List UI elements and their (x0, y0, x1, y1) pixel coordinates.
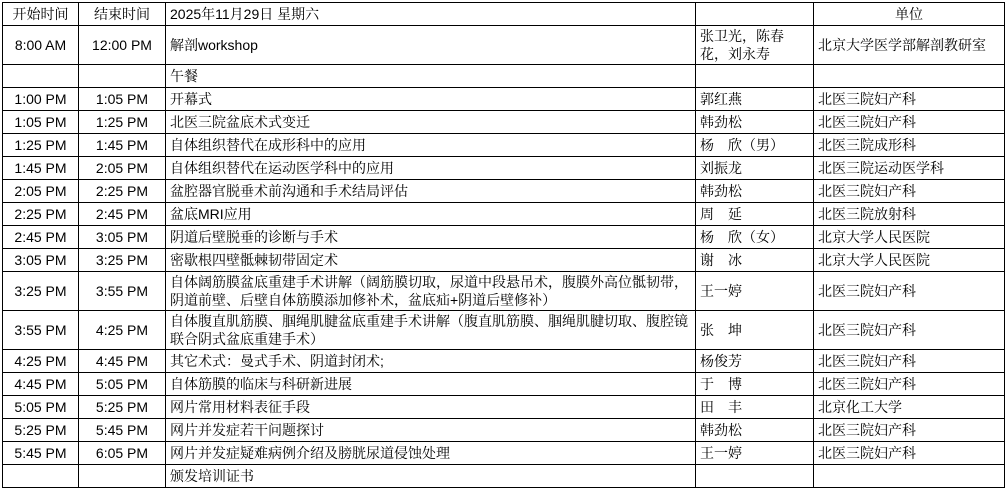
cell-start-time: 5:25 PM (3, 419, 79, 442)
header-row: 开始时间 结束时间 2025年11月29日 星期六 单位 (3, 3, 1005, 26)
cell-unit: 北医三院成形科 (814, 134, 1005, 157)
table-row: 1:00 PM1:05 PM开幕式郭红燕北医三院妇产科 (3, 88, 1005, 111)
cell-start-time (3, 465, 79, 488)
table-row: 3:25 PM3:55 PM自体阔筋膜盆底重建手术讲解（阔筋膜切取，尿道中段悬吊… (3, 272, 1005, 311)
cell-end-time: 3:25 PM (79, 249, 166, 272)
cell-unit: 北京大学医学部解剖教研室 (814, 26, 1005, 65)
cell-start-time: 2:25 PM (3, 203, 79, 226)
cell-speaker: 杨 欣（女） (696, 226, 814, 249)
cell-start-time (3, 65, 79, 88)
cell-speaker: 韩劲松 (696, 419, 814, 442)
table-row: 午餐 (3, 65, 1005, 88)
cell-end-time: 2:45 PM (79, 203, 166, 226)
cell-unit: 北医三院妇产科 (814, 180, 1005, 203)
table-row: 4:25 PM4:45 PM其它术式：曼式手术、阴道封闭术;杨俊芳北医三院妇产科 (3, 350, 1005, 373)
cell-start-time: 5:05 PM (3, 396, 79, 419)
table-row: 1:45 PM2:05 PM自体组织替代在运动医学科中的应用刘振龙北医三院运动医… (3, 157, 1005, 180)
cell-start-time: 8:00 AM (3, 26, 79, 65)
cell-end-time: 4:25 PM (79, 311, 166, 350)
cell-speaker: 张 坤 (696, 311, 814, 350)
cell-end-time: 6:05 PM (79, 442, 166, 465)
cell-start-time: 3:05 PM (3, 249, 79, 272)
table-row: 2:25 PM2:45 PM盆底MRI应用周 延北医三院放射科 (3, 203, 1005, 226)
cell-topic: 网片并发症疑难病例介绍及膀胱尿道侵蚀处理 (166, 442, 696, 465)
cell-topic: 自体组织替代在成形科中的应用 (166, 134, 696, 157)
cell-unit: 北京化工大学 (814, 396, 1005, 419)
cell-unit: 北医三院妇产科 (814, 88, 1005, 111)
cell-end-time (79, 465, 166, 488)
cell-speaker (696, 465, 814, 488)
table-row: 5:45 PM6:05 PM网片并发症疑难病例介绍及膀胱尿道侵蚀处理王一婷北医三… (3, 442, 1005, 465)
table-row: 5:25 PM5:45 PM网片并发症若干问题探讨韩劲松北医三院妇产科 (3, 419, 1005, 442)
cell-start-time: 5:45 PM (3, 442, 79, 465)
cell-unit: 北医三院妇产科 (814, 373, 1005, 396)
cell-start-time: 4:45 PM (3, 373, 79, 396)
cell-unit: 北医三院妇产科 (814, 311, 1005, 350)
cell-unit: 北医三院放射科 (814, 203, 1005, 226)
cell-start-time: 4:25 PM (3, 350, 79, 373)
header-start-time: 开始时间 (3, 3, 79, 26)
cell-end-time: 2:05 PM (79, 157, 166, 180)
cell-topic: 盆底MRI应用 (166, 203, 696, 226)
table-row: 1:25 PM1:45 PM自体组织替代在成形科中的应用杨 欣（男）北医三院成形… (3, 134, 1005, 157)
table-row: 3:55 PM4:25 PM自体腹直肌筋膜、腘绳肌腱盆底重建手术讲解（腹直肌筋膜… (3, 311, 1005, 350)
cell-unit: 北医三院妇产科 (814, 419, 1005, 442)
cell-end-time: 5:45 PM (79, 419, 166, 442)
cell-start-time: 2:05 PM (3, 180, 79, 203)
cell-speaker: 王一婷 (696, 442, 814, 465)
header-end-time: 结束时间 (79, 3, 166, 26)
header-date: 2025年11月29日 星期六 (166, 3, 696, 26)
cell-topic: 解剖workshop (166, 26, 696, 65)
cell-start-time: 1:05 PM (3, 111, 79, 134)
cell-topic: 午餐 (166, 65, 696, 88)
cell-topic: 自体腹直肌筋膜、腘绳肌腱盆底重建手术讲解（腹直肌筋膜、腘绳肌腱切取、腹腔镜联合阴… (166, 311, 696, 350)
cell-unit: 北医三院妇产科 (814, 272, 1005, 311)
cell-speaker: 谢 冰 (696, 249, 814, 272)
cell-speaker: 韩劲松 (696, 111, 814, 134)
table-row: 2:05 PM2:25 PM盆腔器官脱垂术前沟通和手术结局评估韩劲松北医三院妇产… (3, 180, 1005, 203)
header-unit: 单位 (814, 3, 1005, 26)
cell-topic: 网片并发症若干问题探讨 (166, 419, 696, 442)
cell-end-time: 12:00 PM (79, 26, 166, 65)
cell-speaker: 田 丰 (696, 396, 814, 419)
cell-speaker (696, 65, 814, 88)
cell-topic: 自体阔筋膜盆底重建手术讲解（阔筋膜切取，尿道中段悬吊术，腹膜外高位骶韧带，阴道前… (166, 272, 696, 311)
cell-end-time: 1:25 PM (79, 111, 166, 134)
cell-topic: 盆腔器官脱垂术前沟通和手术结局评估 (166, 180, 696, 203)
cell-end-time: 5:25 PM (79, 396, 166, 419)
cell-topic: 北医三院盆底术式变迁 (166, 111, 696, 134)
schedule-table: 开始时间 结束时间 2025年11月29日 星期六 单位 8:00 AM12:0… (2, 2, 1005, 488)
schedule-sheet: 开始时间 结束时间 2025年11月29日 星期六 单位 8:00 AM12:0… (0, 0, 1008, 490)
cell-end-time: 3:05 PM (79, 226, 166, 249)
cell-unit (814, 465, 1005, 488)
cell-topic: 其它术式：曼式手术、阴道封闭术; (166, 350, 696, 373)
cell-end-time: 5:05 PM (79, 373, 166, 396)
table-row: 2:45 PM3:05 PM阴道后壁脱垂的诊断与手术杨 欣（女）北京大学人民医院 (3, 226, 1005, 249)
cell-topic: 自体组织替代在运动医学科中的应用 (166, 157, 696, 180)
cell-start-time: 3:55 PM (3, 311, 79, 350)
cell-unit: 北医三院妇产科 (814, 111, 1005, 134)
schedule-body: 8:00 AM12:00 PM解剖workshop张卫光，陈春花，刘永寿北京大学… (3, 26, 1005, 488)
cell-speaker: 刘振龙 (696, 157, 814, 180)
cell-speaker: 韩劲松 (696, 180, 814, 203)
table-row: 8:00 AM12:00 PM解剖workshop张卫光，陈春花，刘永寿北京大学… (3, 26, 1005, 65)
cell-unit: 北医三院妇产科 (814, 350, 1005, 373)
cell-speaker: 张卫光，陈春花，刘永寿 (696, 26, 814, 65)
cell-topic: 颁发培训证书 (166, 465, 696, 488)
cell-speaker: 杨 欣（男） (696, 134, 814, 157)
table-row: 颁发培训证书 (3, 465, 1005, 488)
cell-start-time: 2:45 PM (3, 226, 79, 249)
cell-speaker: 周 延 (696, 203, 814, 226)
cell-topic: 自体筋膜的临床与科研新进展 (166, 373, 696, 396)
cell-end-time: 2:25 PM (79, 180, 166, 203)
cell-topic: 开幕式 (166, 88, 696, 111)
cell-start-time: 1:25 PM (3, 134, 79, 157)
cell-speaker: 于 博 (696, 373, 814, 396)
cell-end-time: 1:05 PM (79, 88, 166, 111)
table-row: 1:05 PM1:25 PM北医三院盆底术式变迁韩劲松北医三院妇产科 (3, 111, 1005, 134)
cell-start-time: 1:00 PM (3, 88, 79, 111)
cell-end-time: 3:55 PM (79, 272, 166, 311)
table-row: 5:05 PM5:25 PM网片常用材料表征手段田 丰北京化工大学 (3, 396, 1005, 419)
table-row: 3:05 PM3:25 PM密歇根四壁骶棘韧带固定术谢 冰北京大学人民医院 (3, 249, 1005, 272)
cell-unit: 北医三院运动医学科 (814, 157, 1005, 180)
cell-unit: 北京大学人民医院 (814, 249, 1005, 272)
header-speaker (696, 3, 814, 26)
cell-unit: 北京大学人民医院 (814, 226, 1005, 249)
cell-start-time: 1:45 PM (3, 157, 79, 180)
cell-topic: 密歇根四壁骶棘韧带固定术 (166, 249, 696, 272)
cell-end-time: 1:45 PM (79, 134, 166, 157)
cell-topic: 阴道后壁脱垂的诊断与手术 (166, 226, 696, 249)
cell-end-time: 4:45 PM (79, 350, 166, 373)
cell-unit (814, 65, 1005, 88)
cell-end-time (79, 65, 166, 88)
cell-speaker: 郭红燕 (696, 88, 814, 111)
cell-start-time: 3:25 PM (3, 272, 79, 311)
cell-unit: 北医三院妇产科 (814, 442, 1005, 465)
cell-speaker: 王一婷 (696, 272, 814, 311)
cell-topic: 网片常用材料表征手段 (166, 396, 696, 419)
cell-speaker: 杨俊芳 (696, 350, 814, 373)
table-row: 4:45 PM5:05 PM自体筋膜的临床与科研新进展于 博北医三院妇产科 (3, 373, 1005, 396)
